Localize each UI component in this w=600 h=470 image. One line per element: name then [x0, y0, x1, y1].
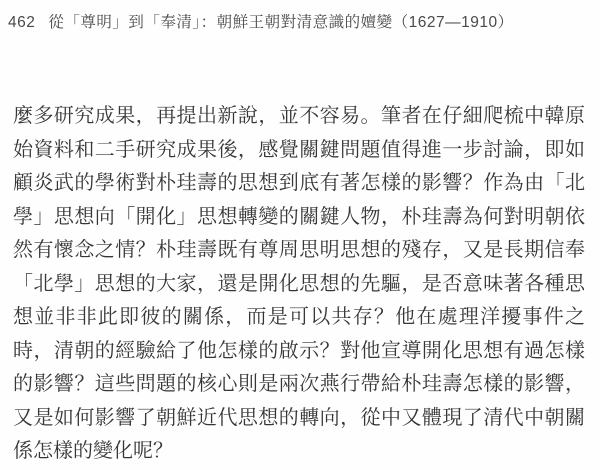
body-line-11: 係怎樣的變化呢？: [13, 434, 585, 468]
body-line-3: 顧炎武的學術對朴珪壽的思想到底有著怎樣的影響？作為由「北: [13, 166, 585, 200]
body-line-8: 時，清朝的經驗給了他怎樣的啟示？對他宣導開化思想有過怎樣: [13, 334, 585, 368]
book-page: 462 從「尊明」到「奉清」：朝鮮王朝對清意識的嬗變（1627—1910） 麼多…: [0, 0, 600, 470]
body-line-2: 始資料和二手研究成果後，感覺關鍵問題值得進一步討論，即如: [13, 133, 585, 167]
body-line-6: 「北學」思想的大家，還是開化思想的先驅，是否意味著各種思: [13, 267, 585, 301]
body-line-10: 又是如何影響了朝鮮近代思想的轉向，從中又體現了清代中朝關: [13, 401, 585, 435]
page-number: 462: [8, 14, 35, 32]
body-line-9: 的影響？這些問題的核心則是兩次燕行帶給朴珪壽怎樣的影響，: [13, 367, 585, 401]
body-line-7: 想並非非此即彼的關係，而是可以共存？他在處理洋擾事件之: [13, 300, 585, 334]
running-header: 462 從「尊明」到「奉清」：朝鮮王朝對清意識的嬗變（1627—1910）: [8, 10, 514, 32]
body-line-5: 然有懷念之情？朴珪壽既有尊周思明思想的殘存，又是長期信奉: [13, 233, 585, 267]
running-title: 從「尊明」到「奉清」：朝鮮王朝對清意識的嬗變（1627—1910）: [48, 10, 513, 32]
body-line-1: 麼多研究成果，再提出新說，並不容易。筆者在仔細爬梳中韓原: [13, 99, 585, 133]
body-paragraph: 麼多研究成果，再提出新說，並不容易。筆者在仔細爬梳中韓原 始資料和二手研究成果後…: [13, 99, 585, 468]
body-line-4: 學」思想向「開化」思想轉變的關鍵人物，朴珪壽為何對明朝依: [13, 200, 585, 234]
